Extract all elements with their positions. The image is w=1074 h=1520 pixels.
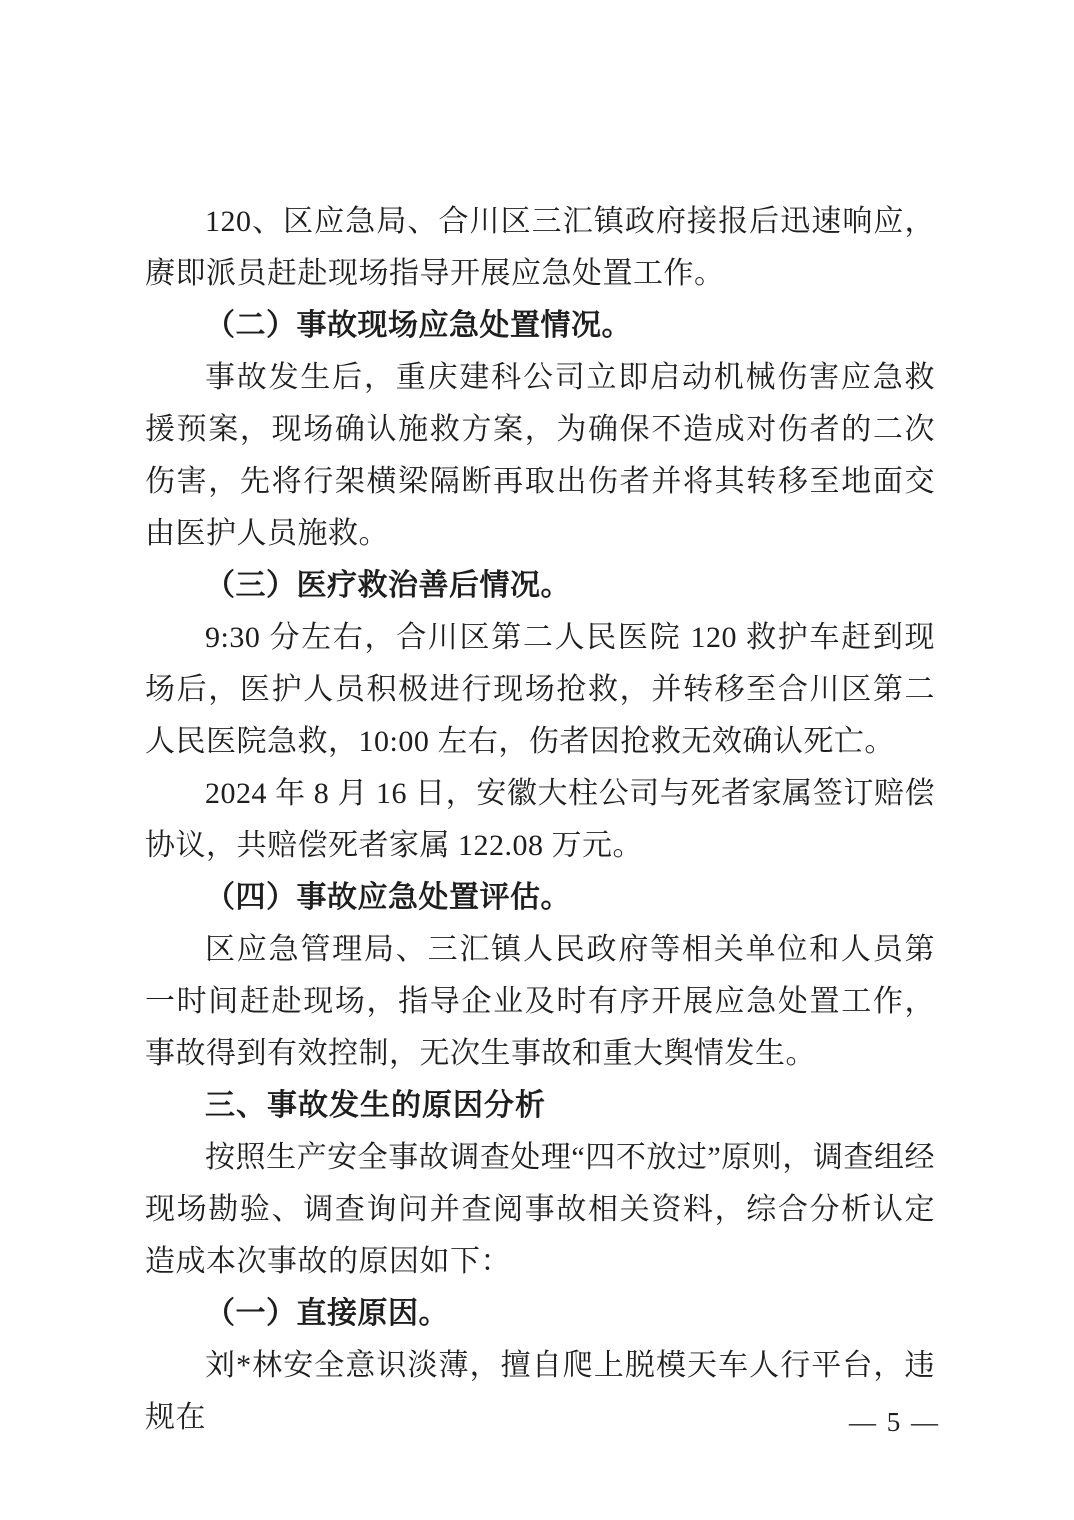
paragraph-response-evaluation: 区应急管理局、三汇镇人民政府等相关单位和人员第一时间赶赴现场，指导企业及时有序开… bbox=[145, 924, 935, 1080]
paragraph-investigation-principle: 按照生产安全事故调查处理“四不放过”原则，调查组经现场勘验、调查询问并查阅事故相… bbox=[145, 1132, 935, 1288]
subheading-1-direct-cause: （一）直接原因。 bbox=[145, 1288, 935, 1340]
paragraph-medical-rescue-timeline: 9:30 分左右，合川区第二人民医院 120 救护车赶到现场后，医护人员积极进行… bbox=[145, 612, 935, 768]
subheading-3-medical-treatment-aftermath: （三）医疗救治善后情况。 bbox=[145, 560, 935, 612]
paragraph-direct-cause: 刘*林安全意识淡薄，擅自爬上脱模天车人行平台，违规在 bbox=[145, 1340, 935, 1444]
subheading-2-onsite-emergency-response: （二）事故现场应急处置情况。 bbox=[145, 300, 935, 352]
section-heading-3-cause-analysis: 三、事故发生的原因分析 bbox=[145, 1080, 935, 1132]
paragraph-compensation-agreement: 2024 年 8 月 16 日，安徽大柱公司与死者家属签订赔偿协议，共赔偿死者家… bbox=[145, 768, 935, 872]
document-page: 120、区应急局、合川区三汇镇政府接报后迅速响应，赓即派员赶赴现场指导开展应急处… bbox=[0, 0, 1074, 1520]
paragraph-onsite-rescue-measures: 事故发生后，重庆建科公司立即启动机械伤害应急救援预案，现场确认施救方案，为确保不… bbox=[145, 352, 935, 560]
paragraph-emergency-response-continuation: 120、区应急局、合川区三汇镇政府接报后迅速响应，赓即派员赶赴现场指导开展应急处… bbox=[145, 196, 935, 300]
subheading-4-emergency-response-evaluation: （四）事故应急处置评估。 bbox=[145, 872, 935, 924]
document-body: 120、区应急局、合川区三汇镇政府接报后迅速响应，赓即派员赶赴现场指导开展应急处… bbox=[145, 196, 935, 1444]
page-number: — 5 — bbox=[849, 1404, 940, 1440]
